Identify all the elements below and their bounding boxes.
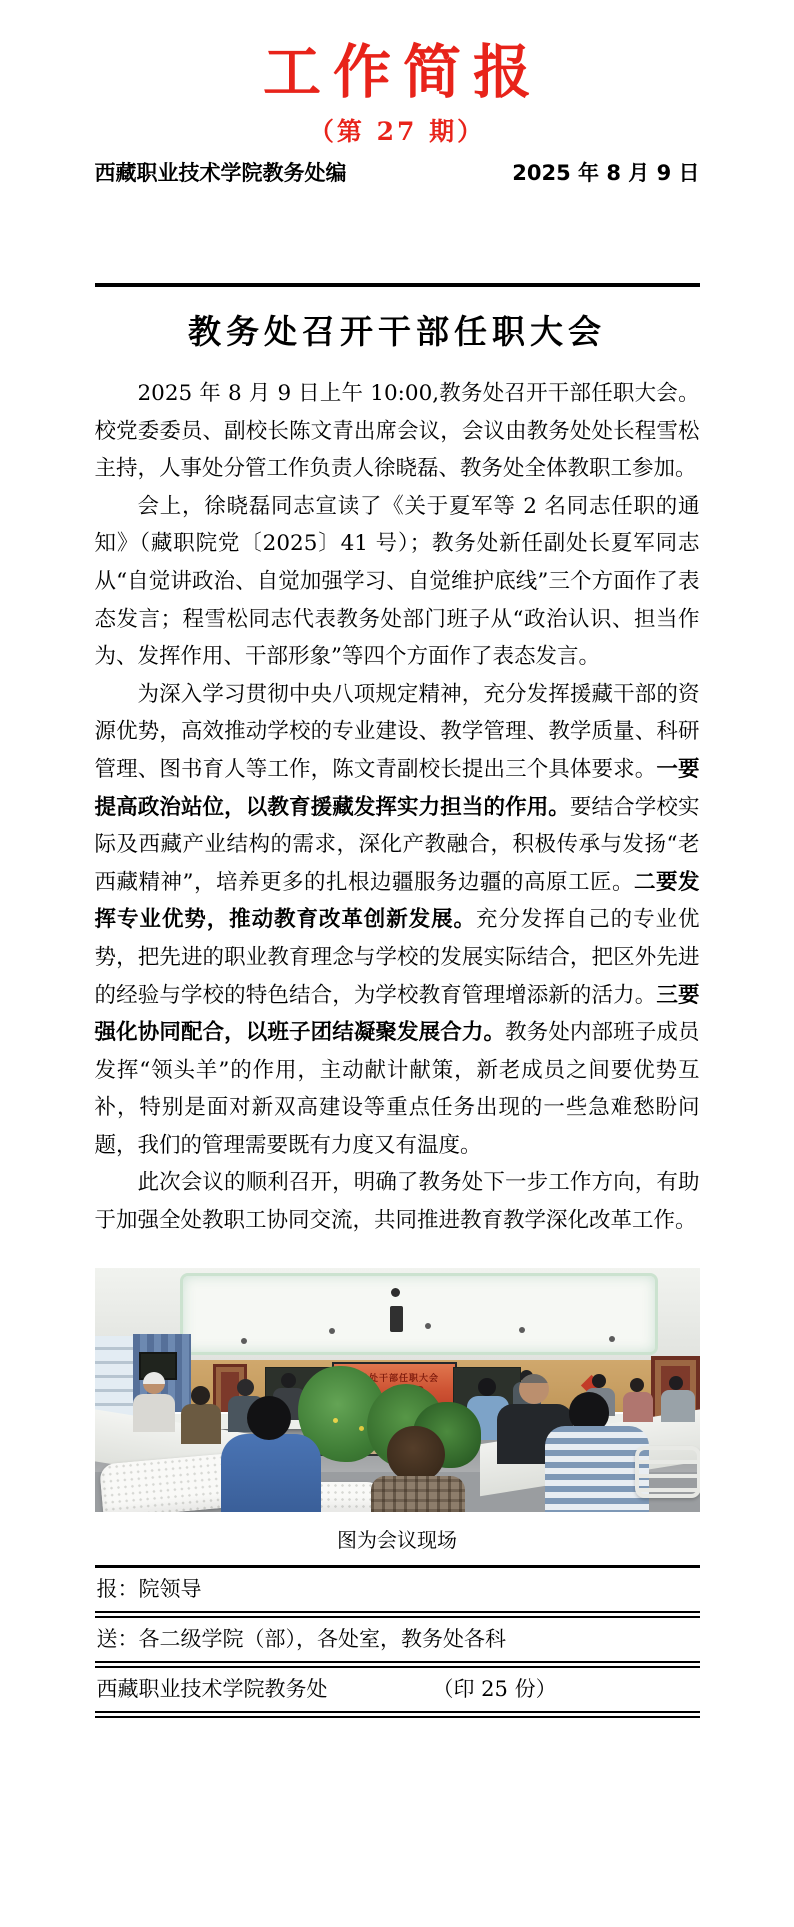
photo-wall-speaker — [390, 1306, 403, 1332]
paragraph-run: 2025 年 8 月 9 日上午 10:00,教务处召开干部任职大会。校党委委员… — [95, 381, 700, 481]
photo-attendee-head — [143, 1372, 165, 1394]
footer-issuer-row: 西藏职业技术学院教务处 （印 25 份） — [95, 1668, 700, 1711]
photo-attendee-head — [191, 1386, 210, 1405]
photo-attendee-head — [519, 1374, 549, 1404]
footer-divider — [95, 1711, 700, 1718]
photo-attendee-head — [630, 1378, 644, 1392]
photo-attendee-body — [661, 1390, 695, 1422]
photo-attendee-body — [545, 1426, 649, 1512]
issuer-name: 西藏职业技术学院教务处 — [97, 1675, 328, 1703]
photo-attendee-head — [592, 1374, 606, 1388]
bulletin-title: 工作简报 — [95, 40, 700, 104]
distribution-footer: 报：院领导 送：各二级学院（部），各处室，教务处各科 西藏职业技术学院教务处 （… — [95, 1565, 700, 1718]
photo-caption: 图为会议现场 — [95, 1526, 700, 1554]
photo-attendee-head — [478, 1378, 496, 1396]
paragraph-run: 会上，徐晓磊同志宣读了《关于夏军等 2 名同志任职的通知》（藏职院党〔2025〕… — [95, 494, 700, 669]
photo-attendee-body — [181, 1404, 221, 1444]
photo-attendee-head — [281, 1373, 296, 1388]
paragraph-4: 此次会议的顺利召开，明确了教务处下一步工作方向，有助于加强全处教职工协同交流，共… — [95, 1164, 700, 1239]
paragraph-run: 为深入学习贯彻中央八项规定精神，充分发挥援藏干部的资源优势，高效推动学校的专业建… — [95, 682, 700, 782]
paragraph-run: 此次会议的顺利召开，明确了教务处下一步工作方向，有助于加强全处教职工协同交流，共… — [95, 1170, 700, 1233]
photo-attendee-body — [133, 1394, 175, 1432]
footer-divider — [95, 1661, 700, 1668]
paragraph-1: 2025 年 8 月 9 日上午 10:00,教务处召开干部任职大会。校党委委员… — [95, 375, 700, 488]
article-body: 2025 年 8 月 9 日上午 10:00,教务处召开干部任职大会。校党委委员… — [95, 375, 700, 1240]
photo-attendee-head — [247, 1396, 291, 1440]
photo-flower — [333, 1418, 338, 1423]
photo-chair-frame — [635, 1446, 700, 1498]
photo-attendee-head — [237, 1379, 254, 1396]
footer-divider — [95, 1611, 700, 1618]
photo-ceiling-camera — [391, 1288, 400, 1297]
article-headline: 教务处召开干部任职大会 — [95, 312, 700, 352]
meeting-photo: 教务处干部任职大会 — [95, 1268, 700, 1512]
footer-send-row: 送：各二级学院（部），各处室，教务处各科 — [95, 1618, 700, 1661]
issue-number: （第 27 期） — [95, 117, 700, 147]
photo-attendee-body — [623, 1392, 653, 1422]
photo-cove-light — [180, 1273, 658, 1355]
photo-spotlights — [241, 1338, 247, 1344]
photo-attendee-head — [669, 1376, 683, 1390]
publication-date: 2025 年 8 月 9 日 — [512, 160, 699, 186]
compiler-name: 西藏职业技术学院教务处编 — [95, 160, 347, 186]
print-copies: （印 25 份） — [433, 1675, 557, 1703]
publication-row: 西藏职业技术学院教务处编 2025 年 8 月 9 日 — [95, 160, 700, 186]
masthead-divider — [95, 283, 700, 287]
document-page: 工作简报 （第 27 期） 西藏职业技术学院教务处编 2025 年 8 月 9 … — [95, 0, 700, 1718]
photo-attendee-body — [371, 1476, 465, 1512]
photo-attendee-head — [387, 1426, 445, 1482]
photo-attendee-body — [221, 1434, 321, 1512]
paragraph-2: 会上，徐晓磊同志宣读了《关于夏军等 2 名同志任职的通知》（藏职院党〔2025〕… — [95, 488, 700, 676]
paragraph-3: 为深入学习贯彻中央八项规定精神，充分发挥援藏干部的资源优势，高效推动学校的专业建… — [95, 676, 700, 1165]
footer-report-row: 报：院领导 — [95, 1568, 700, 1611]
